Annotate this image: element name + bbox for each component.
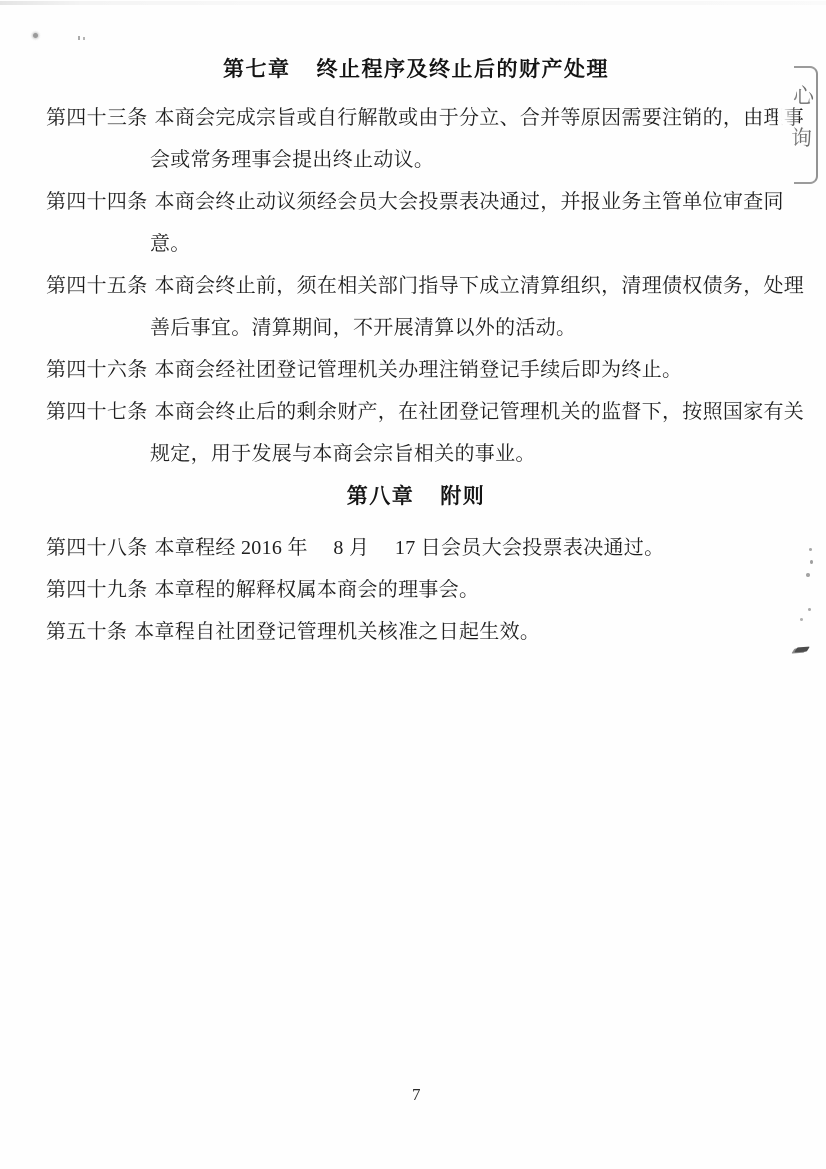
article-47-text: 本商会终止后的剩余财产，在社团登记管理机关的监督下，按照国家有关 xyxy=(155,401,805,423)
scan-speck xyxy=(800,618,803,621)
article-45-text: 本商会终止前，须在相关部门指导下成立清算组织，清理债权债务，处理 xyxy=(155,275,805,297)
article-43-text: 本商会完成宗旨或自行解散或由于分立、合并等原因需要注销的，由理事 xyxy=(155,107,805,129)
article-43-number: 第四十三条 xyxy=(46,107,148,129)
scan-speck xyxy=(33,33,38,38)
chapter-8-heading: 第八章附则 xyxy=(46,483,786,511)
chapter-8-number: 第八章 xyxy=(347,485,415,508)
article-47-line-1: 第四十七条本商会终止后的剩余财产，在社团登记管理机关的监督下，按照国家有关 xyxy=(46,391,786,433)
scan-dash-mark xyxy=(794,647,810,653)
article-50-text: 本章程自社团登记管理机关核准之日起生效。 xyxy=(134,621,540,643)
scan-speck xyxy=(806,573,810,577)
article-47-line-2: 规定，用于发展与本商会宗旨相关的事业。 xyxy=(150,433,786,475)
article-48-line-1: 第四十八条本章程经 2016 年 8 月 17 日会员大会投票表决通过。 xyxy=(46,527,786,569)
chapter-8-title: 附则 xyxy=(440,485,485,508)
scanned-document-page: 第七章终止程序及终止后的财产处理 第四十三条本商会完成宗旨或自行解散或由于分立、… xyxy=(0,0,826,1169)
article-45-line-1: 第四十五条本商会终止前，须在相关部门指导下成立清算组织，清理债权债务，处理 xyxy=(46,265,786,307)
scan-speck xyxy=(808,608,811,611)
article-46-line-1: 第四十六条本商会经社团登记管理机关办理注销登记手续后即为终止。 xyxy=(46,349,786,391)
page-number: 7 xyxy=(412,1085,421,1105)
article-50-line-1: 第五十条本章程自社团登记管理机关核准之日起生效。 xyxy=(46,611,786,653)
article-45-number: 第四十五条 xyxy=(46,275,148,297)
article-44-text: 本商会终止动议须经会员大会投票表决通过，并报业务主管单位审查同 xyxy=(155,191,784,213)
chapter-7-title: 终止程序及终止后的财产处理 xyxy=(317,58,610,81)
article-45-line-2: 善后事宜。清算期间，不开展清算以外的活动。 xyxy=(150,307,786,349)
document-body: 第七章终止程序及终止后的财产处理 第四十三条本商会完成宗旨或自行解散或由于分立、… xyxy=(46,0,786,653)
article-44-line-2: 意。 xyxy=(150,223,786,265)
article-50-number: 第五十条 xyxy=(46,621,127,643)
article-44-number: 第四十四条 xyxy=(46,191,148,213)
article-49-number: 第四十九条 xyxy=(46,579,148,601)
chapter-7-heading: 第七章终止程序及终止后的财产处理 xyxy=(46,56,786,84)
article-48-text: 本章程经 2016 年 8 月 17 日会员大会投票表决通过。 xyxy=(155,537,665,559)
article-43-line-1: 第四十三条本商会完成宗旨或自行解散或由于分立、合并等原因需要注销的，由理事 xyxy=(46,97,786,139)
article-49-text: 本章程的解释权属本商会的理事会。 xyxy=(155,579,480,601)
article-46-text: 本商会经社团登记管理机关办理注销登记手续后即为终止。 xyxy=(155,359,683,381)
article-43-line-2: 会或常务理事会提出终止动议。 xyxy=(150,139,786,181)
article-49-line-1: 第四十九条本章程的解释权属本商会的理事会。 xyxy=(46,569,786,611)
article-47-number: 第四十七条 xyxy=(46,401,148,423)
article-44-line-1: 第四十四条本商会终止动议须经会员大会投票表决通过，并报业务主管单位审查同 xyxy=(46,181,786,223)
article-46-number: 第四十六条 xyxy=(46,359,148,381)
scan-speck xyxy=(810,560,813,564)
stamp-fade-mask xyxy=(778,70,798,178)
chapter-7-number: 第七章 xyxy=(223,58,291,81)
article-48-number: 第四十八条 xyxy=(46,537,148,559)
scan-speck xyxy=(809,548,812,551)
